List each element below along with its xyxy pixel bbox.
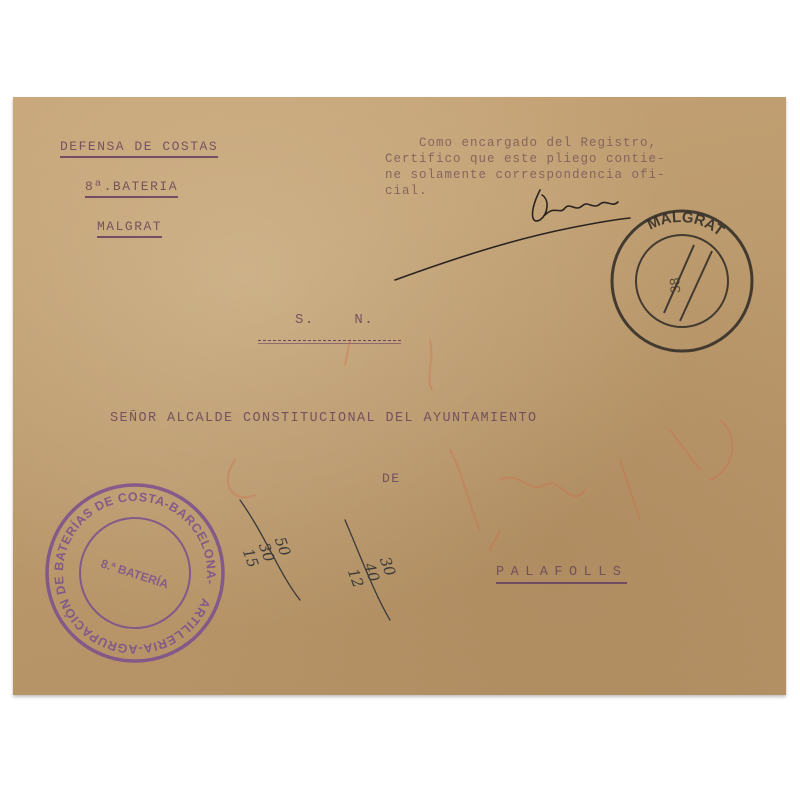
service-mark-underline: [258, 340, 401, 341]
postmark-date: 38: [666, 277, 683, 294]
addressee-title: SEÑOR ALCALDE CONSTITUCIONAL DEL AYUNTAM…: [110, 411, 538, 426]
addressee-city: PALAFOLLS: [496, 565, 627, 584]
service-mark-underline: [258, 343, 401, 344]
certification-line: Como encargado del Registro,: [385, 135, 765, 151]
sender-town: MALGRAT: [97, 219, 162, 238]
certification-line: Certifico que este pliego contie-: [385, 151, 765, 167]
service-mark: S. N.: [295, 312, 374, 328]
addressee-preposition: DE: [382, 471, 401, 486]
postmark: MALGRAT 38: [602, 203, 762, 363]
battery-seal: ARTILLERIA-AGRUPACIÓN DE BATERÍAS DE COS…: [40, 478, 230, 668]
handwritten-notes: 50 30 15 30 40 12: [225, 495, 455, 645]
sender-unit: DEFENSA DE COSTAS: [60, 139, 218, 158]
seal-center-text: 8.ª BATERÍA: [99, 555, 171, 591]
sender-battery: 8ª.BATERIA: [85, 179, 178, 198]
